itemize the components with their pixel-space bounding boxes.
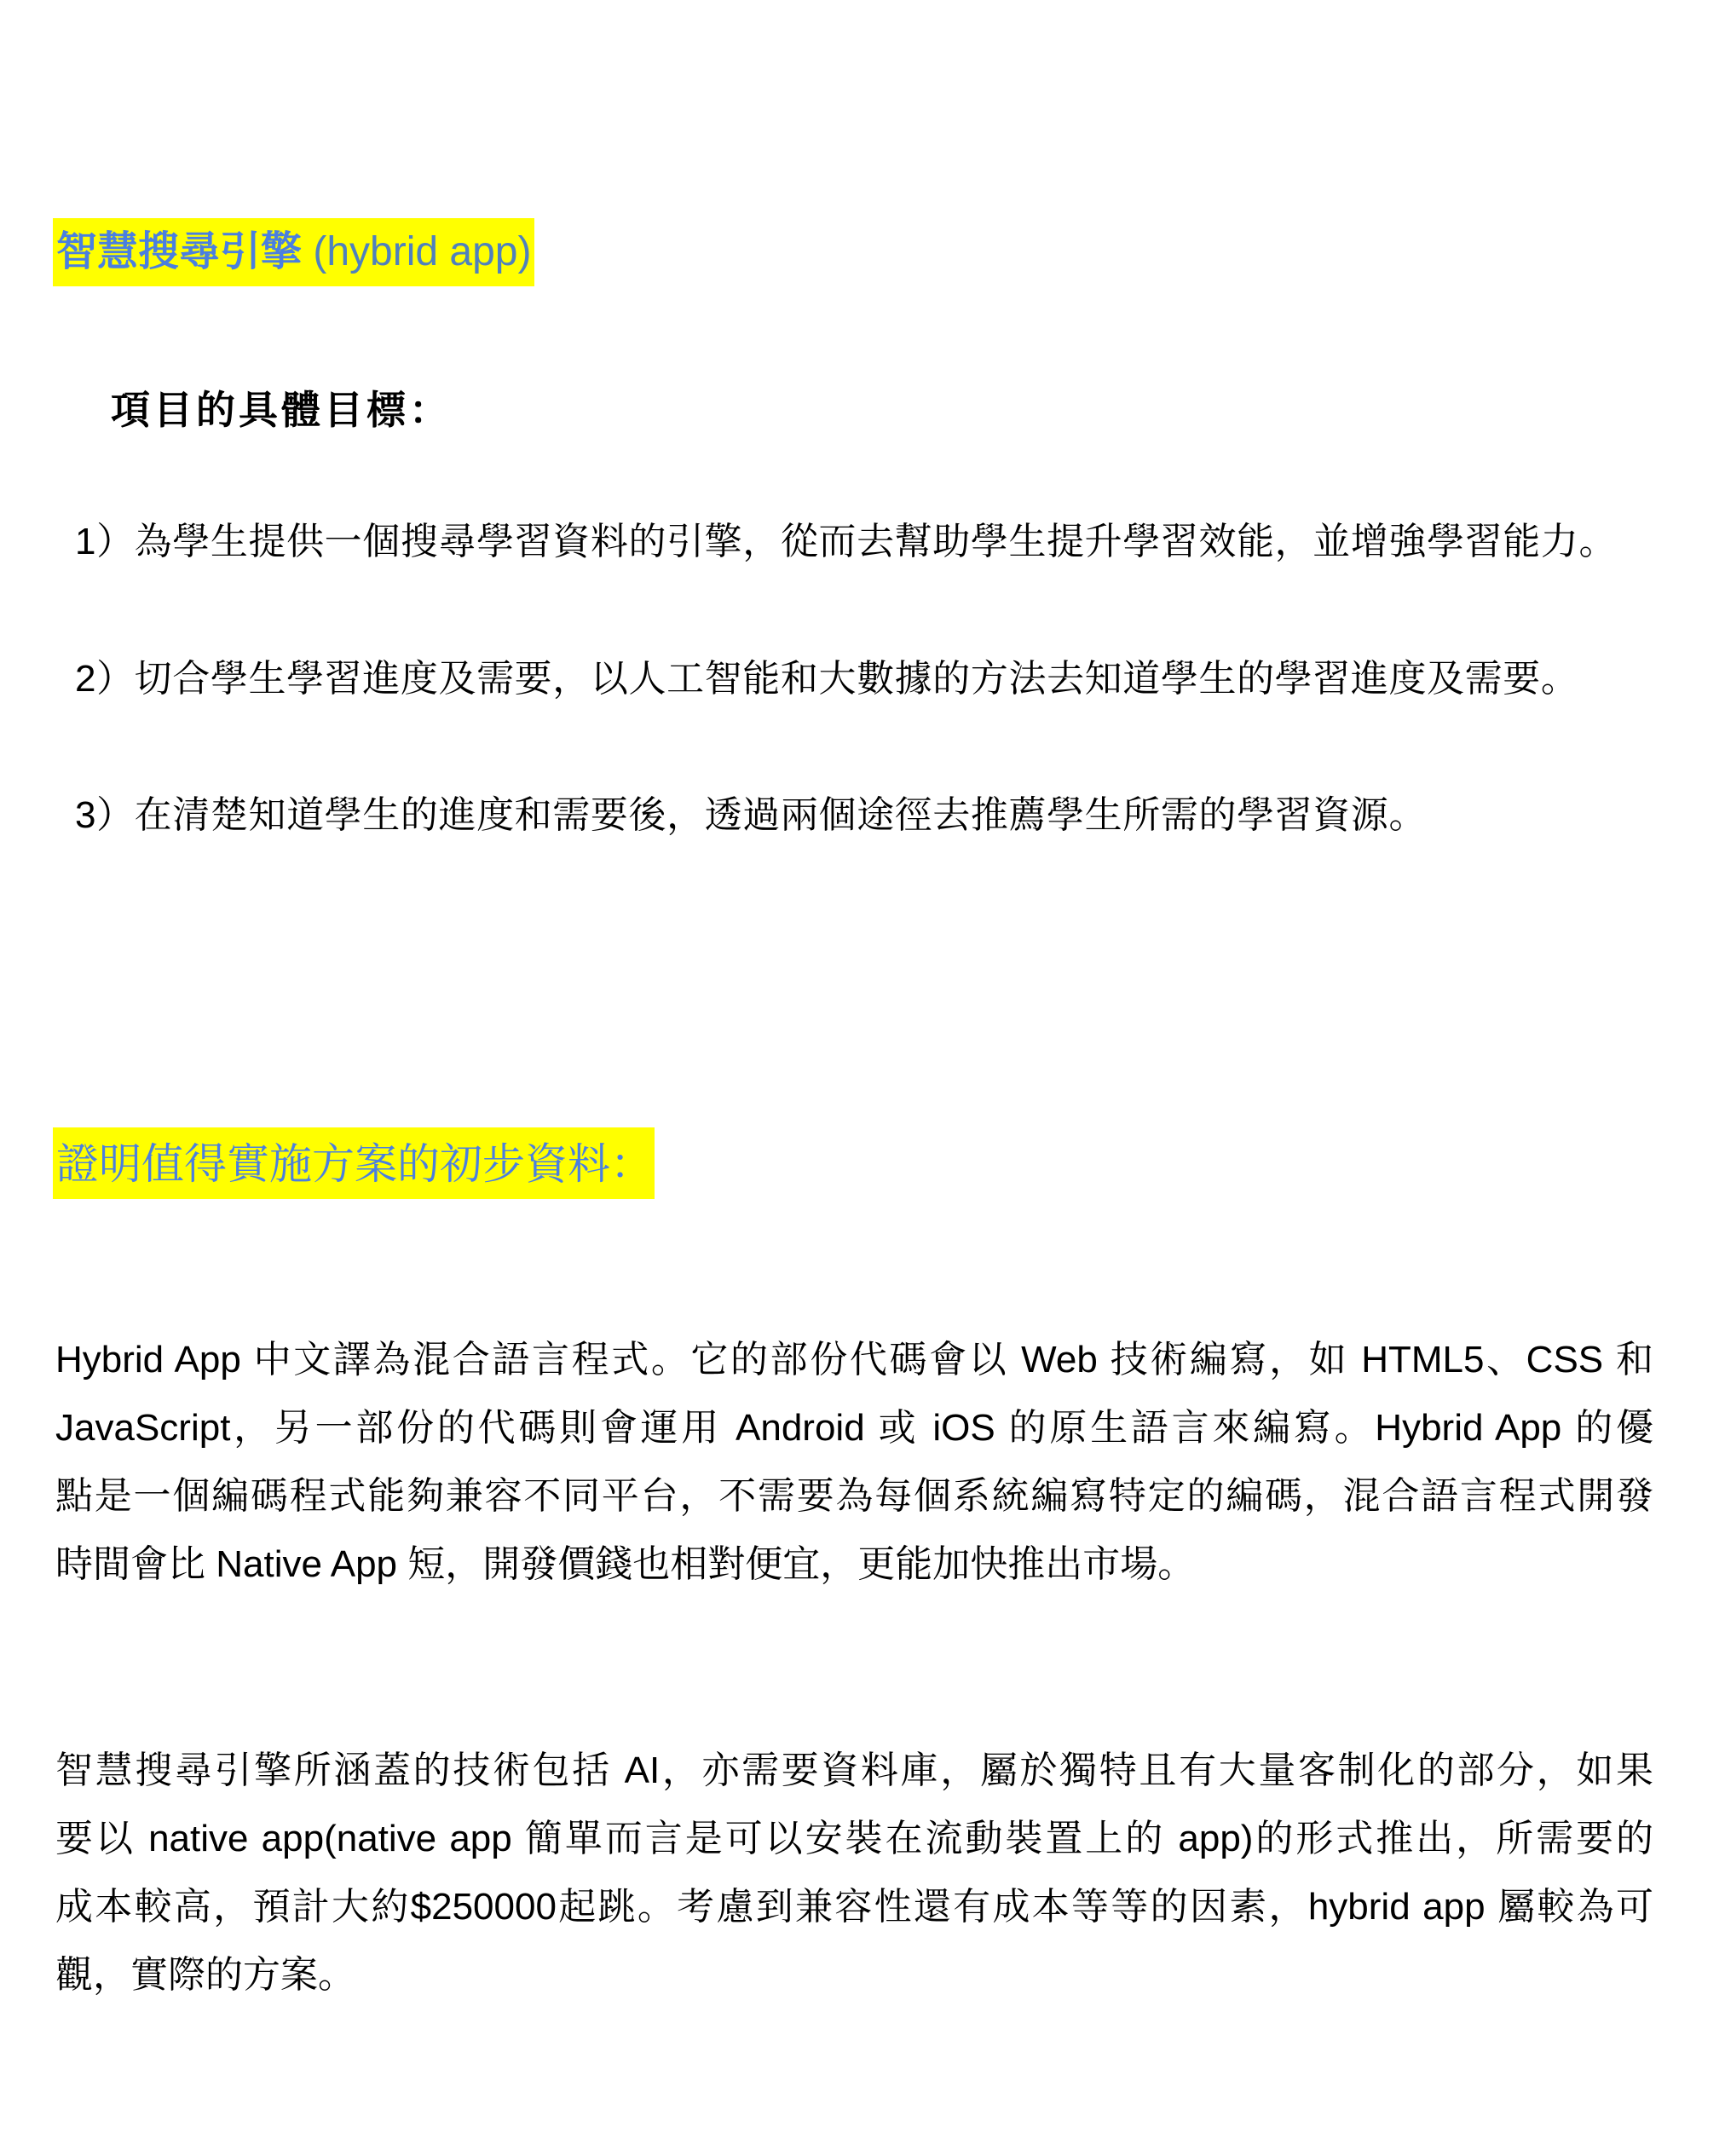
document-title-cjk: 智慧搜尋引擎 bbox=[56, 229, 302, 274]
document-title: 智慧搜尋引擎 (hybrid app) bbox=[53, 218, 534, 286]
paragraph-line: 觀，實際的方案。 bbox=[55, 1941, 1653, 2009]
paragraph-line: 智慧搜尋引擎所涵蓋的技術包括 AI，亦需要資料庫，屬於獨特且有大量客制化的部分，… bbox=[55, 1737, 1653, 1805]
paragraph-line: 點是一個編碼程式能夠兼容不同平台，不需要為每個系統編寫特定的編碼，混合語言程式開… bbox=[55, 1462, 1653, 1531]
goal-item-3: 3）在清楚知道學生的進度和需要後，透過兩個途徑去推薦學生所需的學習資源。 bbox=[75, 797, 1427, 834]
paragraph-line: Hybrid App 中文譯為混合語言程式。它的部份代碼會以 Web 技術編寫，… bbox=[55, 1326, 1653, 1394]
section-heading: 證明值得實施方案的初步資料： bbox=[53, 1127, 655, 1199]
goal-item-1: 1）為學生提供一個搜尋學習資料的引擎，從而去幫助學生提升學習效能，並增強學習能力… bbox=[75, 523, 1617, 561]
document-title-latin: (hybrid app) bbox=[302, 229, 531, 274]
paragraph-hybrid-app-intro: Hybrid App 中文譯為混合語言程式。它的部份代碼會以 Web 技術編寫，… bbox=[55, 1326, 1653, 1599]
paragraph-line: 要以 native app(native app 簡單而言是可以安裝在流動裝置上… bbox=[55, 1805, 1653, 1873]
paragraph-line: 時間會比 Native App 短，開發價錢也相對便宜，更能加快推出市場。 bbox=[55, 1531, 1653, 1599]
goals-heading: 項目的具體目標： bbox=[111, 390, 452, 429]
paragraph-line: 成本較高，預計大約$250000起跳。考慮到兼容性還有成本等等的因素，hybri… bbox=[55, 1873, 1653, 1941]
document-page: 智慧搜尋引擎 (hybrid app) 項目的具體目標： 1）為學生提供一個搜尋… bbox=[0, 0, 1725, 2156]
goal-item-2: 2）切合學生學習進度及需要，以人工智能和大數據的方法去知道學生的學習進度及需要。 bbox=[75, 660, 1578, 698]
paragraph-line: JavaScript，另一部份的代碼則會運用 Android 或 iOS 的原生… bbox=[55, 1394, 1653, 1462]
paragraph-cost-rationale: 智慧搜尋引擎所涵蓋的技術包括 AI，亦需要資料庫，屬於獨特且有大量客制化的部分，… bbox=[55, 1737, 1653, 2009]
